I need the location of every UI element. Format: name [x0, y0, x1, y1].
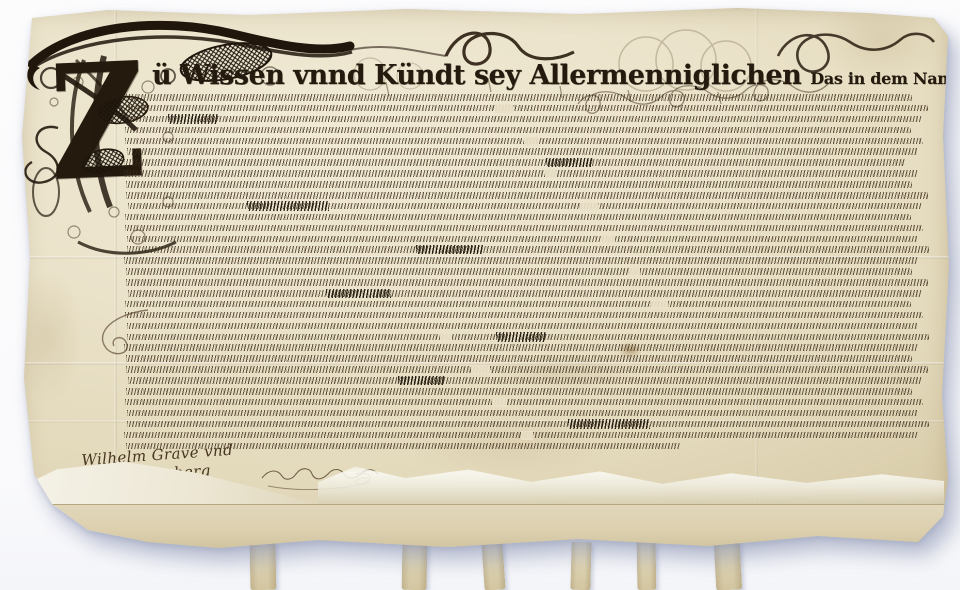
word-gap: [524, 137, 538, 146]
word-gap: [580, 202, 598, 211]
manuscript-line: [127, 236, 917, 243]
manuscript-line: [125, 312, 923, 319]
manuscript-line: [125, 214, 911, 221]
plica-fold-band: [42, 504, 944, 553]
manuscript-line: [124, 432, 918, 439]
manuscript-line: [128, 116, 922, 123]
manuscript-line: [128, 290, 922, 297]
charter-heading: ü Wissen vnnd Kündt sey Allermennigliche…: [152, 60, 944, 91]
word-gap: [471, 365, 490, 374]
emphasized-word: [568, 419, 650, 429]
charter-heading-continuation: Das in dem Namen der Hailigen Unzertheil…: [810, 69, 960, 88]
manuscript-line: [126, 279, 928, 286]
emphasized-word: [546, 158, 593, 168]
emphasized-word: [326, 289, 391, 299]
manuscript-line: [125, 138, 923, 145]
manuscript-line: [126, 355, 912, 362]
word-gap: [545, 169, 556, 178]
charter-heading-large: ü Wissen vnnd Kündt sey Allermennigliche…: [152, 60, 801, 91]
manuscript-line: [126, 366, 928, 373]
manuscript-line: [124, 257, 918, 264]
manuscript-line: [126, 192, 928, 199]
emphasized-word: [247, 201, 329, 211]
word-gap: [495, 104, 513, 113]
manuscript-line: [125, 301, 911, 308]
manuscript-line: [127, 421, 929, 428]
manuscript-body-text: [124, 94, 938, 453]
manuscript-line: [124, 170, 918, 177]
manuscript-line: [125, 127, 911, 134]
word-gap: [492, 398, 507, 407]
manuscript-line: [128, 203, 922, 210]
manuscript-line: [126, 268, 912, 275]
manuscript-line: [126, 94, 912, 101]
margin-pen-flourish: [84, 304, 154, 364]
manuscript-line: [124, 344, 918, 351]
word-gap: [521, 431, 533, 440]
word-gap: [440, 333, 452, 342]
manuscript-line: [127, 246, 929, 253]
emphasized-word: [398, 376, 445, 386]
manuscript-line: [125, 399, 923, 406]
manuscript-line: [128, 377, 922, 384]
parchment-shadow-wrap: Z: [18, 6, 952, 552]
manuscript-line: [126, 388, 912, 395]
word-gap: [601, 235, 615, 244]
word-gap: [629, 267, 640, 276]
manuscript-line: [126, 105, 928, 112]
plica-fold-highlight: [318, 456, 944, 504]
parchment-charter: Z: [18, 6, 952, 552]
manuscript-line: [125, 225, 923, 232]
photograph-background: Z: [0, 0, 960, 590]
manuscript-line: [127, 148, 917, 155]
word-gap: [651, 300, 668, 309]
manuscript-line: [127, 410, 917, 417]
emphasized-word: [168, 114, 218, 124]
emphasized-word: [416, 245, 483, 255]
manuscript-line: [127, 334, 929, 341]
manuscript-line: [124, 159, 905, 166]
manuscript-line: [126, 181, 912, 188]
manuscript-line: [127, 323, 917, 330]
emphasized-word: [496, 332, 546, 342]
